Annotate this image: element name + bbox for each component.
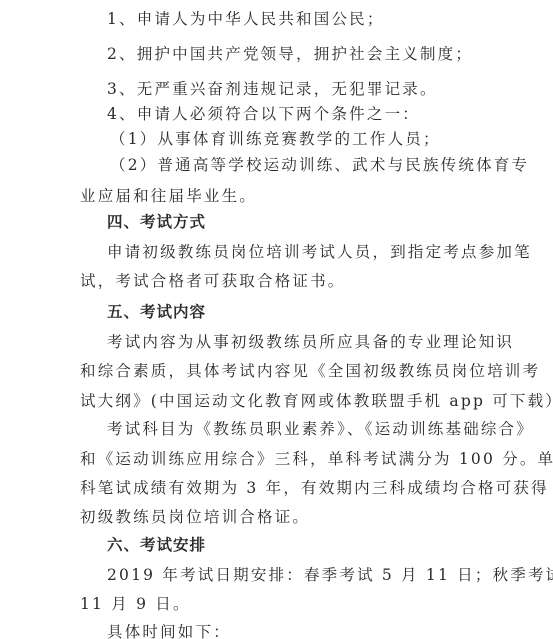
exam-content-paragraph: 考试内容为从事初级教练员所应具备的专业理论知识 bbox=[107, 332, 475, 352]
exam-method-paragraph: 申请初级教练员岗位培训考试人员，到指定考点参加笔 bbox=[107, 242, 475, 262]
document-page: 1、申请人为中华人民共和国公民； 2、拥护中国共产党领导，拥护社会主义制度； 3… bbox=[0, 0, 553, 639]
section-heading-exam-content: 五、考试内容 bbox=[107, 302, 475, 322]
exam-subjects-line-2: 和《运动训练应用综合》三科，单科考试满分为 100 分。单 bbox=[80, 449, 448, 469]
exam-subjects-paragraph: 考试科目为《教练员职业素养》、《运动训练基础综合》 bbox=[107, 419, 475, 439]
exam-schedule-paragraph: 2019 年考试日期安排：春季考试 5 月 11 日；秋季考试 bbox=[107, 565, 475, 585]
schedule-details-intro: 具体时间如下： bbox=[107, 622, 475, 639]
requirement-item-4: 4、申请人必须符合以下两个条件之一： bbox=[107, 104, 475, 124]
exam-method-continuation: 试，考试合格者可获取合格证书。 bbox=[80, 271, 448, 291]
exam-content-line-3: 试大纲》(中国运动文化教育网或体教联盟手机 app 可下载）。 bbox=[80, 391, 448, 411]
section-heading-exam-schedule: 六、考试安排 bbox=[107, 535, 475, 555]
requirement-item-1: 1、申请人为中华人民共和国公民； bbox=[107, 9, 475, 29]
exam-schedule-continuation: 11 月 9 日。 bbox=[80, 594, 448, 614]
exam-content-line-2: 和综合素质，具体考试内容见《全国初级教练员岗位培训考 bbox=[80, 361, 448, 381]
exam-subjects-line-4: 初级教练员岗位培训合格证。 bbox=[80, 507, 448, 527]
requirement-item-2: 2、拥护中国共产党领导，拥护社会主义制度； bbox=[107, 44, 475, 64]
condition-1: （1）从事体育训练竞赛教学的工作人员； bbox=[110, 129, 478, 149]
section-heading-exam-method: 四、考试方式 bbox=[107, 212, 475, 232]
exam-subjects-line-3: 科笔试成绩有效期为 3 年，有效期内三科成绩均合格可获得 bbox=[80, 478, 448, 498]
condition-2-continuation: 业应届和往届毕业生。 bbox=[80, 186, 448, 206]
condition-2: （2）普通高等学校运动训练、武术与民族传统体育专 bbox=[110, 155, 478, 175]
requirement-item-3: 3、无严重兴奋剂违规记录，无犯罪记录。 bbox=[107, 79, 475, 99]
